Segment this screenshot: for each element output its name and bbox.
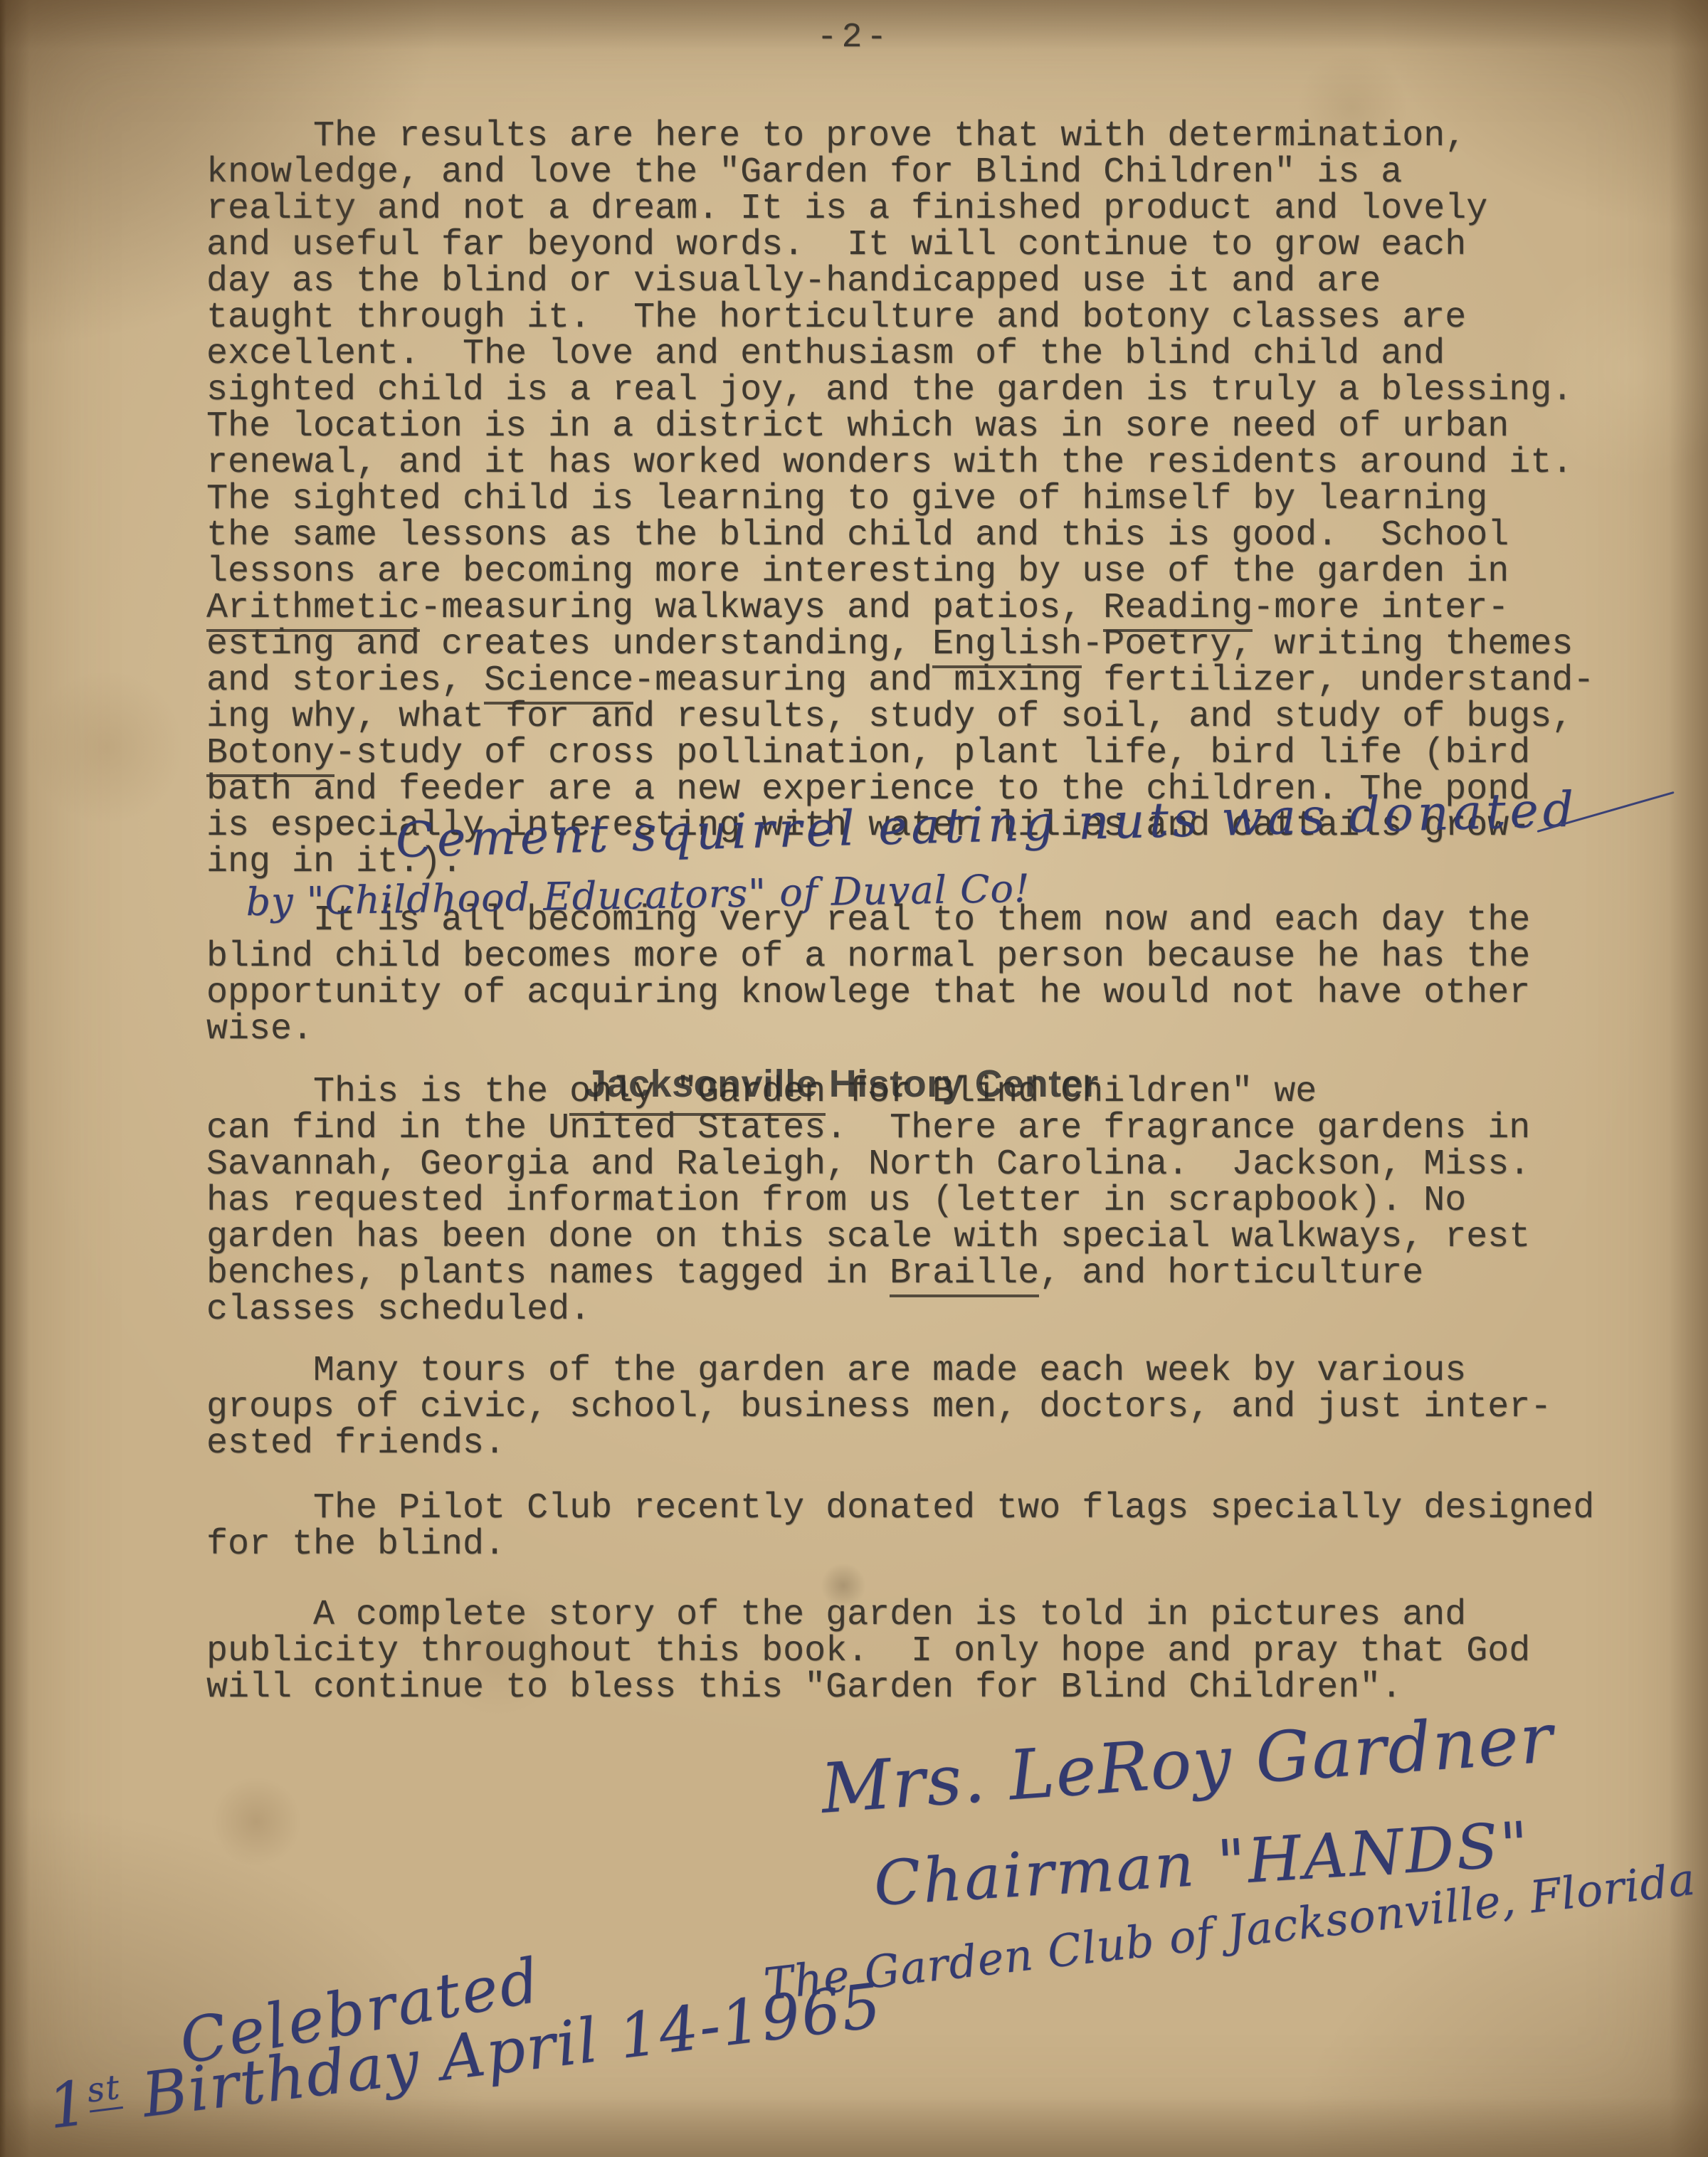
typed-text: groups of civic, school, business men, d… xyxy=(206,1387,1551,1428)
typed-text: can find in the United States. There are… xyxy=(206,1108,1530,1149)
typed-line: classes scheduled. xyxy=(206,1292,1530,1328)
typed-line: groups of civic, school, business men, d… xyxy=(206,1389,1551,1425)
typed-line: sighted child is a real joy, and the gar… xyxy=(206,372,1594,408)
typed-line: benches, plants names tagged in Braille,… xyxy=(206,1255,1530,1292)
scanned-page: -2- The results are here to prove that w… xyxy=(0,0,1708,2157)
typed-text: garden has been done on this scale with … xyxy=(206,1217,1530,1257)
typed-text: benches, plants names tagged in xyxy=(206,1253,890,1294)
typed-text: Savannah, Georgia and Raleigh, North Car… xyxy=(206,1144,1530,1185)
typed-line: garden has been done on this scale with … xyxy=(206,1219,1530,1255)
typed-text: for the blind. xyxy=(206,1524,505,1565)
typed-paragraph: A complete story of the garden is told i… xyxy=(206,1597,1530,1706)
typed-paragraph: It is all becoming very real to them now… xyxy=(206,902,1530,1048)
typed-line: blind child becomes more of a normal per… xyxy=(206,939,1530,975)
typed-line: opportunity of acquiring knowlege that h… xyxy=(206,975,1530,1011)
typed-text: The Pilot Club recently donated two flag… xyxy=(206,1488,1594,1529)
typed-line: for the blind. xyxy=(206,1526,1594,1563)
typed-line: The location is in a district which was … xyxy=(206,408,1594,445)
typed-text: esting and creates understanding, xyxy=(206,624,932,665)
typed-line: reality and not a dream. It is a finishe… xyxy=(206,191,1594,227)
typed-line: lessons are becoming more interesting by… xyxy=(206,554,1594,590)
typed-text: taught through it. The horticulture and … xyxy=(206,297,1466,338)
typed-text: the same lessons as the blind child and … xyxy=(206,515,1509,556)
typed-line: Many tours of the garden are made each w… xyxy=(206,1353,1551,1389)
typed-text: day as the blind or visually-handicapped… xyxy=(206,261,1381,302)
typed-line: ested friends. xyxy=(206,1425,1551,1462)
typed-line: will continue to bless this "Garden for … xyxy=(206,1670,1530,1706)
typed-text: publicity throughout this book. I only h… xyxy=(206,1631,1530,1672)
typed-text: has requested information from us (lette… xyxy=(206,1181,1466,1221)
typed-text: A complete story of the garden is told i… xyxy=(206,1595,1466,1635)
typed-paragraph: Many tours of the garden are made each w… xyxy=(206,1353,1551,1462)
typed-line: The sighted child is learning to give of… xyxy=(206,481,1594,517)
watermark-overlay: Jacksonville History Center xyxy=(585,1062,1099,1106)
typed-text: This is the xyxy=(206,1072,569,1112)
typed-text: classes scheduled. xyxy=(206,1290,591,1330)
typed-text: The results are here to prove that with … xyxy=(206,116,1466,157)
typed-line: taught through it. The horticulture and … xyxy=(206,300,1594,336)
typed-text: opportunity of acquiring knowlege that h… xyxy=(206,973,1530,1013)
typed-text: sighted child is a real joy, and the gar… xyxy=(206,370,1573,411)
typed-text: wise. xyxy=(206,1009,313,1050)
typed-text: ested friends. xyxy=(206,1423,505,1464)
typed-line: knowledge, and love the "Garden for Blin… xyxy=(206,154,1594,191)
typed-text: renewal, and it has worked wonders with … xyxy=(206,443,1573,483)
typed-text: -study of cross pollination, plant life,… xyxy=(334,733,1530,774)
typed-line: The Pilot Club recently donated two flag… xyxy=(206,1490,1594,1526)
typed-text: blind child becomes more of a normal per… xyxy=(206,937,1530,977)
typed-text: , and horticulture xyxy=(1039,1253,1423,1294)
typed-line: Arithmetic-measuring walkways and patios… xyxy=(206,590,1594,626)
typed-text: The location is in a district which was … xyxy=(206,406,1509,447)
typed-paragraph: The results are here to prove that with … xyxy=(206,118,1594,880)
typed-text: The sighted child is learning to give of… xyxy=(206,479,1487,520)
bottom-note-ordinal-suffix: st xyxy=(85,2068,123,2113)
typed-text: will continue to bless this "Garden for … xyxy=(206,1667,1402,1708)
typed-paragraph: The Pilot Club recently donated two flag… xyxy=(206,1490,1594,1563)
typed-line: renewal, and it has worked wonders with … xyxy=(206,445,1594,481)
typed-line: A complete story of the garden is told i… xyxy=(206,1597,1530,1633)
typed-text: -measuring and mixing fertilizer, unders… xyxy=(633,660,1594,701)
typed-line: Botony-study of cross pollination, plant… xyxy=(206,735,1594,771)
typed-text: and stories, xyxy=(206,660,484,701)
typed-line: and useful far beyond words. It will con… xyxy=(206,227,1594,263)
typed-text: lessons are becoming more interesting by… xyxy=(206,552,1509,592)
typed-line: can find in the United States. There are… xyxy=(206,1110,1530,1146)
typed-text: and useful far beyond words. It will con… xyxy=(206,225,1466,265)
typed-line: excellent. The love and enthusiasm of th… xyxy=(206,336,1594,372)
underlined-text: Braille xyxy=(890,1253,1039,1297)
typed-line: The results are here to prove that with … xyxy=(206,118,1594,154)
typed-text: knowledge, and love the "Garden for Blin… xyxy=(206,152,1402,193)
typed-line: ing why, what for and results, study of … xyxy=(206,699,1594,735)
typed-line: Savannah, Georgia and Raleigh, North Car… xyxy=(206,1146,1530,1183)
typed-text: reality and not a dream. It is a finishe… xyxy=(206,189,1487,229)
typed-text: Many tours of the garden are made each w… xyxy=(206,1351,1466,1391)
typed-text: excellent. The love and enthusiasm of th… xyxy=(206,334,1445,374)
typed-paragraph: This is the only "Garden for Blind Child… xyxy=(206,1074,1530,1328)
typed-line: esting and creates understanding, Englis… xyxy=(206,626,1594,663)
typed-line: has requested information from us (lette… xyxy=(206,1183,1530,1219)
typed-text: -measuring walkways and patios, xyxy=(420,588,1103,628)
typed-line: day as the blind or visually-handicapped… xyxy=(206,263,1594,300)
typed-text: -more inter- xyxy=(1253,588,1509,628)
typed-line: the same lessons as the blind child and … xyxy=(206,517,1594,554)
typed-text: ing why, what for and results, study of … xyxy=(206,697,1573,737)
typed-text: -Poetry, writing themes xyxy=(1082,624,1573,665)
typed-line: and stories, Science-measuring and mixin… xyxy=(206,663,1594,699)
typed-line: publicity throughout this book. I only h… xyxy=(206,1633,1530,1670)
typed-line: wise. xyxy=(206,1011,1530,1048)
